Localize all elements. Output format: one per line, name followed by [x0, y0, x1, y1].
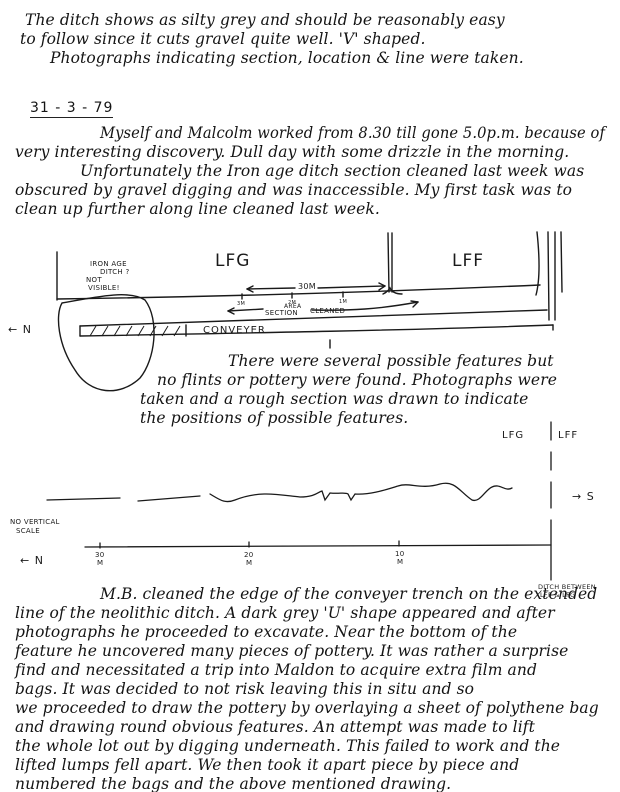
entry-date: 31 - 3 - 79 [30, 100, 113, 118]
scale-tick: 10 [395, 550, 405, 558]
ditch-note: VISIBLE! [88, 284, 120, 292]
south-arrow: → S [572, 490, 595, 503]
entry-line: very interesting discovery. Dull day wit… [15, 144, 569, 161]
area-label-lff: LFF [558, 430, 578, 441]
final-line: M.B. cleaned the edge of the conveyer tr… [100, 586, 597, 603]
final-line: bags. It was decided to not risk leaving… [15, 681, 474, 698]
tick-label: 3M [237, 300, 245, 308]
ditch-note: IRON AGE [90, 260, 127, 268]
final-line: lifted lumps fell apart. We then took it… [15, 757, 519, 774]
final-line: the whole lot out by digging underneath.… [15, 738, 560, 755]
features-line: the positions of possible features. [140, 410, 408, 427]
entry-line: clean up further along line cleaned last… [15, 201, 380, 218]
area-label-lff: LFF [452, 251, 484, 271]
final-line: find and necessitated a trip into Maldon… [15, 662, 537, 679]
scale-tick: 30 [95, 551, 105, 559]
intro-line: The ditch shows as silty grey and should… [25, 12, 505, 29]
features-line: There were several possible features but [228, 353, 554, 370]
north-arrow: ← N [8, 323, 32, 336]
area-label-lfg: LFG [215, 251, 250, 271]
north-arrow: ← N [20, 554, 44, 567]
tick-label: 1M [339, 298, 347, 306]
scale-tick-unit: M [246, 559, 252, 567]
entry-line: Myself and Malcolm worked from 8.30 till… [100, 125, 605, 142]
scale-note: SCALE [16, 527, 40, 535]
intro-line: Photographs indicating section, location… [50, 50, 524, 67]
distance-label: 30M [298, 283, 316, 291]
ditch-note: DITCH ? [100, 268, 130, 276]
entry-line: obscured by gravel digging and was inacc… [15, 182, 572, 199]
ditch-note: NOT [86, 276, 102, 284]
intro-line: to follow since it cuts gravel quite wel… [20, 31, 426, 48]
features-line: taken and a rough section was drawn to i… [140, 391, 528, 408]
scale-tick: 20 [244, 551, 254, 559]
section-label: CLEANED [310, 307, 345, 315]
entry-line: Unfortunately the Iron age ditch section… [80, 163, 584, 180]
final-line: photographs he proceeded to excavate. Ne… [15, 624, 517, 641]
features-line: no flints or pottery were found. Photogr… [157, 372, 557, 389]
scale-tick-unit: M [397, 558, 403, 566]
final-line: line of the neolithic ditch. A dark grey… [15, 605, 555, 622]
final-line: numbered the bags and the above mentione… [15, 776, 451, 792]
conveyer-label: CONVEYER [203, 325, 266, 336]
final-line: and drawing round obvious features. An a… [15, 719, 535, 736]
area-label-lfg: LFG [502, 430, 524, 441]
scale-tick-unit: M [97, 559, 103, 567]
final-line: feature he uncovered many pieces of pott… [15, 643, 568, 660]
scale-note: NO VERTICAL [10, 518, 60, 526]
final-line: we proceeded to draw the pottery by over… [15, 700, 599, 717]
section-label: SECTION [265, 309, 298, 317]
